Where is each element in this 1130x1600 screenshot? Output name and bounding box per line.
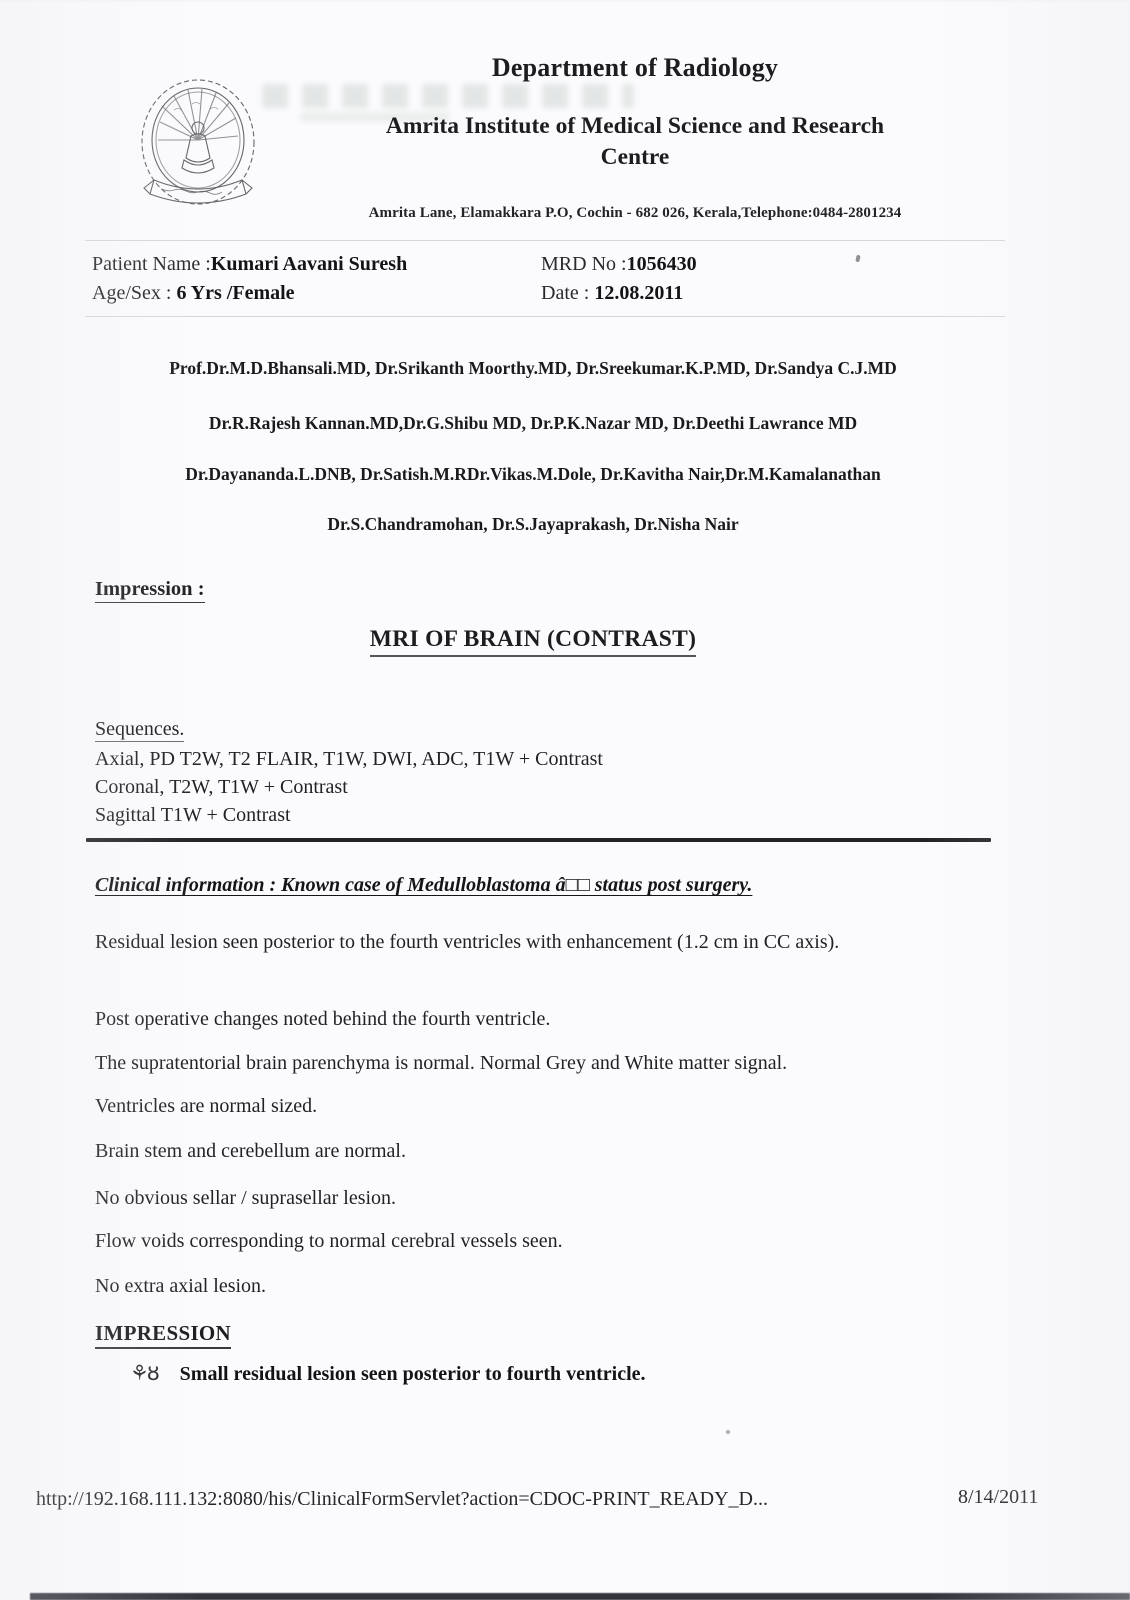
department-title: Department of Radiology bbox=[340, 53, 930, 83]
study-title: MRI OF BRAIN (CONTRAST) bbox=[88, 626, 978, 653]
scanned-radiology-report-page: Department of Radiology Amrita Institute… bbox=[0, 0, 1130, 1600]
clinical-information: Clinical information : Known case of Med… bbox=[95, 874, 985, 897]
sequence-line: Coronal, T2W, T1W + Contrast bbox=[95, 776, 975, 799]
finding-paragraph: Residual lesion seen posterior to the fo… bbox=[95, 924, 1035, 960]
age-sex-value: 6 Yrs /Female bbox=[176, 282, 294, 304]
sequences-label: Sequences. bbox=[95, 718, 184, 741]
institute-address: Amrita Lane, Elamakkara P.O, Cochin - 68… bbox=[340, 205, 930, 222]
patient-name-row: Patient Name :Kumari Aavani Suresh MRD N… bbox=[92, 251, 1012, 277]
date-label: Date : bbox=[541, 282, 594, 304]
finding-paragraph: Brain stem and cerebellum are normal. bbox=[95, 1133, 977, 1169]
finding-paragraph: No obvious sellar / suprasellar lesion. bbox=[95, 1180, 977, 1216]
institute-name-line2: Centre bbox=[340, 142, 930, 173]
patient-name-label: Patient Name : bbox=[92, 253, 211, 275]
institute-name: Amrita Institute of Medical Science and … bbox=[340, 111, 930, 173]
finding-paragraph: The supratentorial brain parenchyma is n… bbox=[95, 1045, 977, 1081]
finding-paragraph: Ventricles are normal sized. bbox=[95, 1088, 977, 1124]
institute-name-line1: Amrita Institute of Medical Science and … bbox=[340, 111, 930, 142]
age-sex-label: Age/Sex : bbox=[92, 282, 176, 304]
impression-bullet-line: ⚘ȣSmall residual lesion seen posterior t… bbox=[130, 1361, 646, 1386]
scanner-edge-bar bbox=[30, 1593, 1130, 1600]
finding-paragraph: Post operative changes noted behind the … bbox=[95, 1001, 977, 1037]
doctors-line: Dr.S.Chandramohan, Dr.S.Jayaprakash, Dr.… bbox=[88, 514, 978, 535]
doctors-line: Dr.Dayananda.L.DNB, Dr.Satish.M.RDr.Vika… bbox=[88, 464, 978, 485]
mrd-label: MRD No : bbox=[541, 253, 627, 275]
finding-paragraph: Flow voids corresponding to normal cereb… bbox=[95, 1223, 977, 1259]
print-footer-url: http://192.168.111.132:8080/his/Clinical… bbox=[36, 1488, 768, 1511]
mrd-value: 1056430 bbox=[627, 253, 697, 275]
impression-heading: IMPRESSION bbox=[95, 1321, 231, 1346]
bullet-glyph-icon: ⚘ȣ bbox=[130, 1361, 158, 1385]
print-footer-date: 8/14/2011 bbox=[958, 1486, 1038, 1509]
sequence-line: Axial, PD T2W, T2 FLAIR, T1W, DWI, ADC, … bbox=[95, 748, 975, 771]
date-value: 12.08.2011 bbox=[594, 282, 683, 304]
sequence-line: Sagittal T1W + Contrast bbox=[95, 804, 975, 827]
report-header: Department of Radiology Amrita Institute… bbox=[340, 53, 930, 222]
divider-line bbox=[85, 240, 1005, 241]
impression-label: Impression : bbox=[95, 578, 205, 601]
doctors-line: Prof.Dr.M.D.Bhansali.MD, Dr.Srikanth Moo… bbox=[88, 358, 978, 379]
patient-agesex-row: Age/Sex : 6 Yrs /Female Date : 12.08.201… bbox=[92, 280, 1012, 306]
patient-name-value: Kumari Aavani Suresh bbox=[211, 253, 407, 275]
institute-logo-icon bbox=[134, 76, 262, 218]
section-rule bbox=[86, 838, 991, 842]
impression-text: Small residual lesion seen posterior to … bbox=[180, 1363, 646, 1385]
scan-speck-artifact bbox=[726, 1430, 730, 1434]
divider-line bbox=[85, 316, 1005, 317]
doctors-line: Dr.R.Rajesh Kannan.MD,Dr.G.Shibu MD, Dr.… bbox=[88, 413, 978, 434]
finding-paragraph: No extra axial lesion. bbox=[95, 1268, 977, 1304]
